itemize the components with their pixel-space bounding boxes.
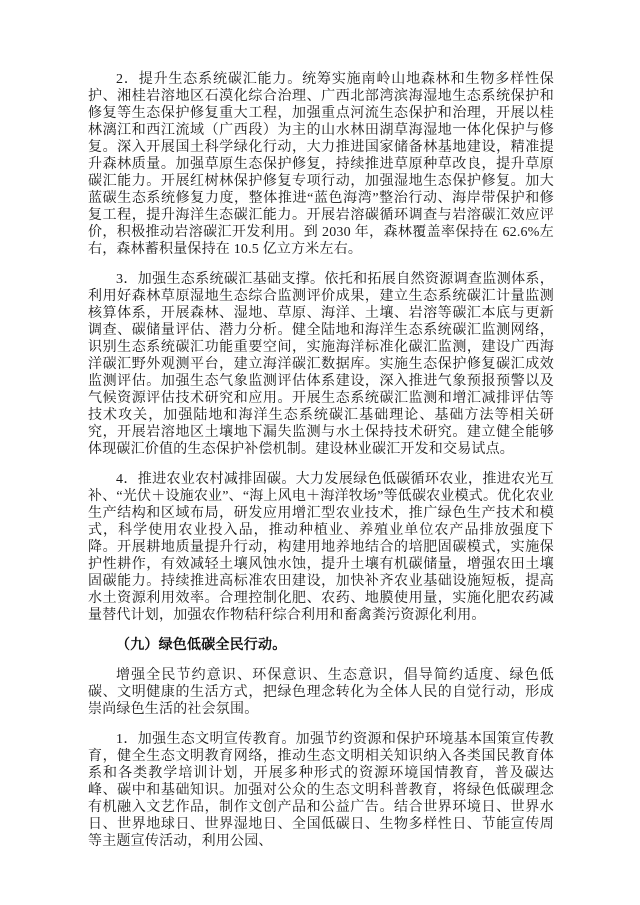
paragraph-carbon-sink-basic-support: 3．加强生态系统碳汇基础支撑。依托和拓展自然资源调查监测体系，利用好森林草原湿地… (88, 271, 554, 458)
document-page: 2．提升生态系统碳汇能力。统筹实施南岭山地森林和生物多样性保护、湘桂岩溶地区石漠… (0, 0, 640, 905)
paragraph-agriculture-emission-reduction: 4．推进农业农村减排固碳。大力发展绿色低碳循环农业，推进农光互补、“光伏＋设施农… (88, 471, 554, 624)
document-body-text: 2．提升生态系统碳汇能力。统筹实施南岭山地森林和生物多样性保护、湘桂岩溶地区石漠… (88, 71, 554, 850)
paragraph-carbon-sink-capacity: 2．提升生态系统碳汇能力。统筹实施南岭山地森林和生物多样性保护、湘桂岩溶地区石漠… (88, 71, 554, 258)
paragraph-section-intro: 增强全民节约意识、环保意识、生态意识，倡导简约适度、绿色低碳、文明健康的生活方式… (88, 667, 554, 718)
paragraph-eco-civilization-education: 1．加强生态文明宣传教育。加强节约资源和保护环境基本国策宣传教育，健全生态文明教… (88, 731, 554, 850)
section-heading-green-lowcarbon-action: （九）绿色低碳全民行动。 (88, 637, 554, 654)
